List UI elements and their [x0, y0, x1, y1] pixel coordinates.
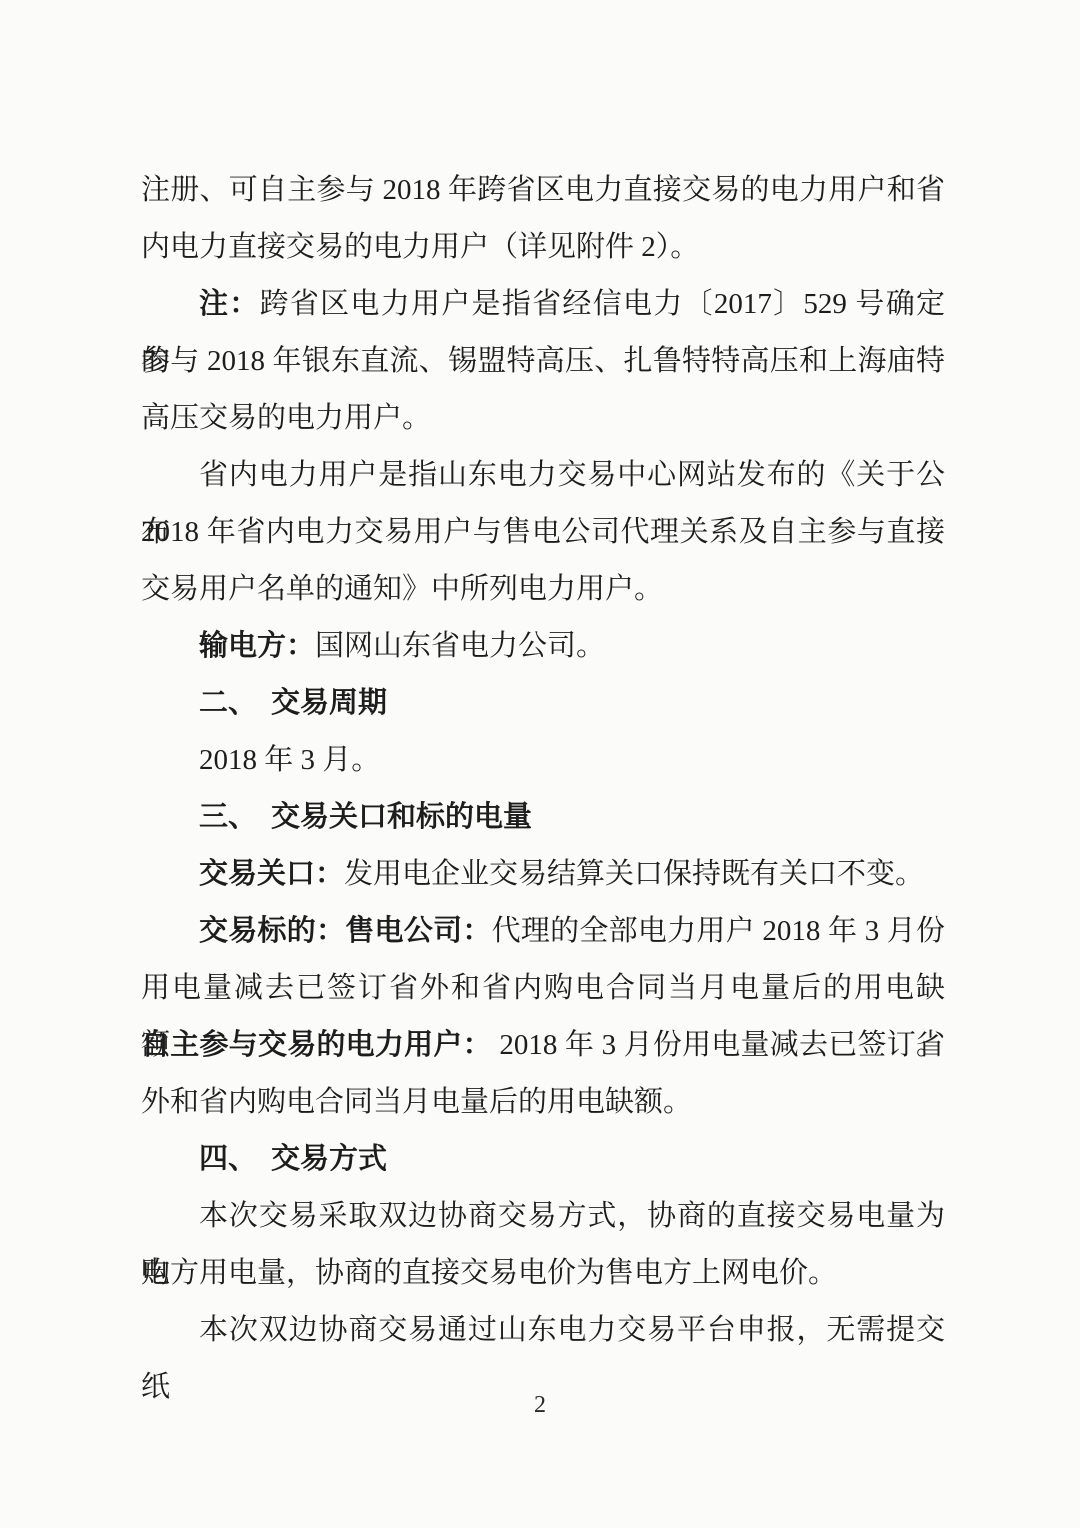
text-run: 2018 年 3 月份用电量减去已签订省 — [492, 1029, 945, 1061]
text-run: 电方用电量，协商的直接交易电价为售电方上网电价。 — [141, 1257, 837, 1289]
heading-number: 二、 — [199, 687, 257, 719]
text-run: 外和省内购电合同当月电量后的用电缺额。 — [141, 1086, 692, 1118]
self-participate-label: 自主参与交易的电力用户： — [141, 1029, 492, 1061]
text-run: 注册、可自主参与 2018 年跨省区电力直接交易的电力用户和省 — [141, 174, 945, 206]
text-run: 2018 年 3 月。 — [199, 744, 380, 776]
text-run: 本次双边协商交易通过山东电力交易平台申报，无需提交纸 — [141, 1314, 945, 1403]
text-line: 内电力直接交易的电力用户（详见附件 2）。 — [141, 219, 945, 276]
text-line: 2018 年 3 月。 — [141, 732, 945, 789]
heading-title: 交易周期 — [271, 687, 387, 719]
text-line: 本次双边协商交易通过山东电力交易平台申报，无需提交纸 — [141, 1302, 945, 1359]
text-line: 交易关口：发用电企业交易结算关口保持既有关口不变。 — [141, 846, 945, 903]
transmitter-label: 输电方： — [199, 630, 315, 662]
text-line: 外和省内购电合同当月电量后的用电缺额。 — [141, 1074, 945, 1131]
section-heading-3: 三、交易关口和标的电量 — [141, 789, 945, 846]
text-line: 注：跨省区电力用户是指省经信电力〔2017〕529 号确定的 — [141, 276, 945, 333]
text-line: 交易标的：售电公司：代理的全部电力用户 2018 年 3 月份 — [141, 903, 945, 960]
heading-title: 交易方式 — [271, 1143, 387, 1175]
page-number: 2 — [0, 1392, 1080, 1419]
heading-title: 交易关口和标的电量 — [271, 801, 532, 833]
note-label: 注： — [199, 288, 260, 320]
text-run: 参与 2018 年银东直流、锡盟特高压、扎鲁特特高压和上海庙特 — [141, 345, 945, 377]
text-line: 省内电力用户是指山东电力交易中心网站发布的《关于公布 — [141, 447, 945, 504]
document-body: 注册、可自主参与 2018 年跨省区电力直接交易的电力用户和省 内电力直接交易的… — [141, 162, 945, 1359]
text-line: 用电量减去已签订省外和省内购电合同当月电量后的用电缺额。 — [141, 960, 945, 1017]
heading-number: 四、 — [199, 1143, 257, 1175]
text-line: 参与 2018 年银东直流、锡盟特高压、扎鲁特特高压和上海庙特 — [141, 333, 945, 390]
text-run: 高压交易的电力用户。 — [141, 402, 431, 434]
text-run: 交易用户名单的通知》中所列电力用户。 — [141, 573, 663, 605]
subject-label: 交易标的：售电公司： — [199, 915, 492, 947]
text-line: 注册、可自主参与 2018 年跨省区电力直接交易的电力用户和省 — [141, 162, 945, 219]
text-run: 国网山东省电力公司。 — [315, 630, 605, 662]
document-page: 注册、可自主参与 2018 年跨省区电力直接交易的电力用户和省 内电力直接交易的… — [0, 0, 1080, 1528]
text-line: 2018 年省内电力交易用户与售电公司代理关系及自主参与直接 — [141, 504, 945, 561]
text-run: 2018 年省内电力交易用户与售电公司代理关系及自主参与直接 — [141, 516, 945, 548]
text-line: 自主参与交易的电力用户： 2018 年 3 月份用电量减去已签订省 — [141, 1017, 945, 1074]
text-run: 发用电企业交易结算关口保持既有关口不变。 — [344, 858, 924, 890]
heading-number: 三、 — [199, 801, 257, 833]
text-line: 高压交易的电力用户。 — [141, 390, 945, 447]
text-run: 内电力直接交易的电力用户（详见附件 2）。 — [141, 231, 699, 263]
section-heading-2: 二、交易周期 — [141, 675, 945, 732]
gateway-label: 交易关口： — [199, 858, 344, 890]
text-line: 输电方：国网山东省电力公司。 — [141, 618, 945, 675]
section-heading-4: 四、交易方式 — [141, 1131, 945, 1188]
text-line: 交易用户名单的通知》中所列电力用户。 — [141, 561, 945, 618]
text-line: 电方用电量，协商的直接交易电价为售电方上网电价。 — [141, 1245, 945, 1302]
text-run: 代理的全部电力用户 2018 年 3 月份 — [492, 915, 945, 947]
text-line: 本次交易采取双边协商交易方式，协商的直接交易电量为购 — [141, 1188, 945, 1245]
